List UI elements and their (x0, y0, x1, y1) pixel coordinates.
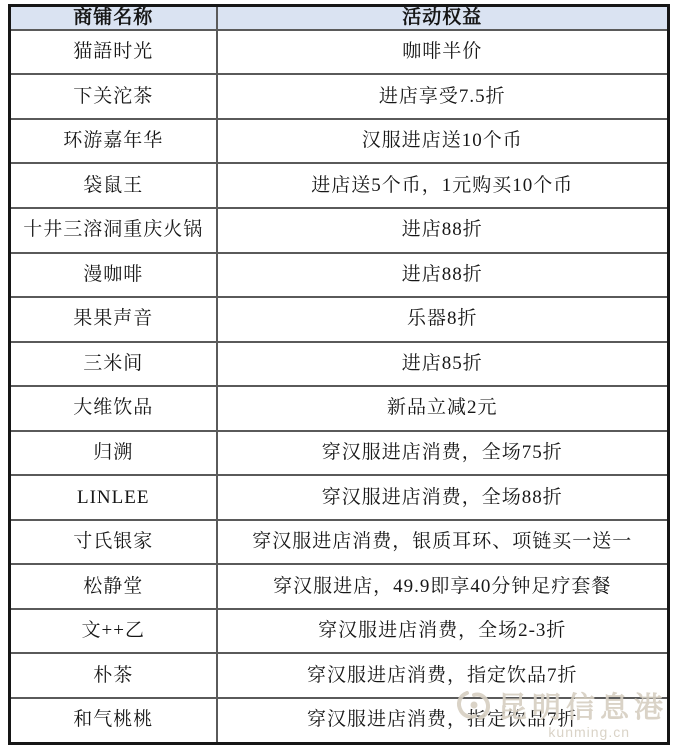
shop-name-cell: 猫語时光 (10, 30, 217, 75)
column-header-benefit: 活动权益 (217, 6, 669, 30)
table-row: 袋鼠王 进店送5个币，1元购买10个币 (10, 163, 669, 208)
shop-name-cell: 果果声音 (10, 297, 217, 342)
benefit-cell: 穿汉服进店消费，指定饮品7折 (217, 653, 669, 698)
shop-name-cell: 下关沱茶 (10, 74, 217, 119)
shop-name-cell: 袋鼠王 (10, 163, 217, 208)
table-row: 果果声音 乐器8折 (10, 297, 669, 342)
table-row: 猫語时光 咖啡半价 (10, 30, 669, 75)
benefit-cell: 进店88折 (217, 208, 669, 253)
table-row: 寸氏银家 穿汉服进店消费，银质耳环、项链买一送一 (10, 520, 669, 565)
benefit-cell: 穿汉服进店消费，全场75折 (217, 431, 669, 476)
benefit-cell: 进店享受7.5折 (217, 74, 669, 119)
shop-name-cell: 大维饮品 (10, 386, 217, 431)
table-row: 大维饮品 新品立减2元 (10, 386, 669, 431)
benefit-cell: 汉服进店送10个币 (217, 119, 669, 164)
table-row: 环游嘉年华 汉服进店送10个币 (10, 119, 669, 164)
benefit-cell: 进店88折 (217, 253, 669, 298)
benefit-cell: 咖啡半价 (217, 30, 669, 75)
shop-name-cell: 漫咖啡 (10, 253, 217, 298)
table-row: 十井三溶洞重庆火锅 进店88折 (10, 208, 669, 253)
shop-name-cell: 十井三溶洞重庆火锅 (10, 208, 217, 253)
shop-name-cell: 环游嘉年华 (10, 119, 217, 164)
table-row: 三米间 进店85折 (10, 342, 669, 387)
shop-name-cell: LINLEE (10, 475, 217, 520)
benefit-cell: 穿汉服进店消费，全场2-3折 (217, 609, 669, 654)
benefit-cell: 乐器8折 (217, 297, 669, 342)
table-row: 和气桃桃 穿汉服进店消费，指定饮品7折 (10, 698, 669, 744)
benefit-cell: 穿汉服进店，49.9即享40分钟足疗套餐 (217, 564, 669, 609)
shop-name-cell: 和气桃桃 (10, 698, 217, 744)
table-row: 文++乙 穿汉服进店消费，全场2-3折 (10, 609, 669, 654)
shop-benefits-table: 商铺名称 活动权益 猫語时光 咖啡半价 下关沱茶 进店享受7.5折 环游嘉年华 … (8, 4, 670, 745)
table-row: 归溯 穿汉服进店消费，全场75折 (10, 431, 669, 476)
benefit-cell: 穿汉服进店消费，指定饮品7折 (217, 698, 669, 744)
table-body: 猫語时光 咖啡半价 下关沱茶 进店享受7.5折 环游嘉年华 汉服进店送10个币 … (10, 30, 669, 744)
table-header-row: 商铺名称 活动权益 (10, 6, 669, 30)
shop-name-cell: 三米间 (10, 342, 217, 387)
benefit-cell: 进店送5个币，1元购买10个币 (217, 163, 669, 208)
shop-name-cell: 寸氏银家 (10, 520, 217, 565)
shop-name-cell: 朴茶 (10, 653, 217, 698)
table-row: 漫咖啡 进店88折 (10, 253, 669, 298)
table-row: 朴茶 穿汉服进店消费，指定饮品7折 (10, 653, 669, 698)
benefit-cell: 进店85折 (217, 342, 669, 387)
benefit-cell: 新品立减2元 (217, 386, 669, 431)
benefit-cell: 穿汉服进店消费，全场88折 (217, 475, 669, 520)
column-header-shop-name: 商铺名称 (10, 6, 217, 30)
benefit-cell: 穿汉服进店消费，银质耳环、项链买一送一 (217, 520, 669, 565)
table-row: 松静堂 穿汉服进店，49.9即享40分钟足疗套餐 (10, 564, 669, 609)
table-row: 下关沱茶 进店享受7.5折 (10, 74, 669, 119)
shop-name-cell: 归溯 (10, 431, 217, 476)
shop-name-cell: 文++乙 (10, 609, 217, 654)
shop-name-cell: 松静堂 (10, 564, 217, 609)
page: 商铺名称 活动权益 猫語时光 咖啡半价 下关沱茶 进店享受7.5折 环游嘉年华 … (0, 0, 674, 750)
table-row: LINLEE 穿汉服进店消费，全场88折 (10, 475, 669, 520)
